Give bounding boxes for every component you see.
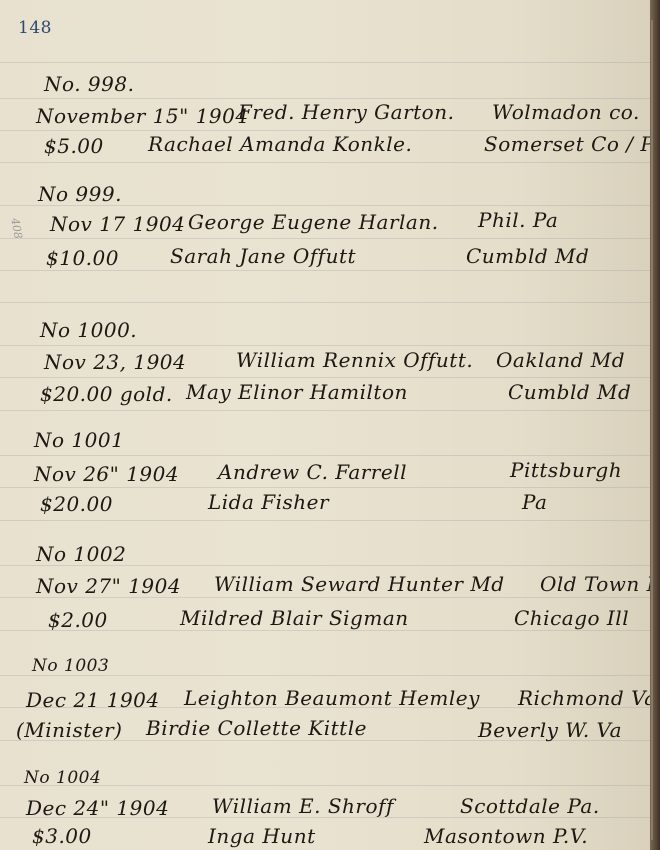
ruled-line <box>0 377 652 378</box>
groom-name: William Rennix Offutt. <box>236 348 473 372</box>
ruled-line <box>0 270 652 271</box>
bride-place: Cumbld Md <box>508 380 631 404</box>
ruled-line <box>0 162 652 163</box>
ruled-line <box>0 130 652 131</box>
groom-name: Fred. Henry Garton. <box>238 100 454 124</box>
groom-place: Pittsburgh <box>510 458 622 482</box>
groom-place: Richmond Va <box>518 686 657 710</box>
entry-number: No 999. <box>38 182 122 206</box>
ruled-line <box>0 455 652 456</box>
entry-date: Nov 27" 1904 <box>36 574 181 598</box>
margin-note: 408 <box>8 217 24 240</box>
officiant-note: (Minister) <box>16 718 122 742</box>
ruled-line <box>0 98 652 99</box>
entry-number: No 1001 <box>34 428 124 452</box>
fee-amount: $3.00 <box>32 824 92 848</box>
ruled-line <box>0 520 652 521</box>
groom-place: Wolmadon co. <box>492 100 640 124</box>
groom-name: William E. Shroff <box>212 794 394 818</box>
entry-number: No 1003 <box>32 656 109 676</box>
entry-date: Dec 24" 1904 <box>26 796 169 820</box>
ruled-line <box>0 238 652 239</box>
bride-place: Pa <box>522 490 547 514</box>
bride-name: Lida Fisher <box>208 490 329 514</box>
bride-name: Inga Hunt <box>208 824 316 848</box>
ruled-line <box>0 410 652 411</box>
bride-place: Cumbld Md <box>466 244 589 268</box>
entry-date: Nov 26" 1904 <box>34 462 179 486</box>
entry-number: No 1004 <box>24 768 101 788</box>
groom-name: George Eugene Harlan. <box>188 210 439 234</box>
entry-date: Nov 17 1904 <box>50 212 185 236</box>
entry-date: Dec 21 1904 <box>26 688 160 712</box>
ruled-line <box>0 345 652 346</box>
bride-name: Mildred Blair Sigman <box>180 606 409 630</box>
entry-date: Nov 23, 1904 <box>44 350 186 374</box>
entry-number: No 1000. <box>40 318 137 342</box>
groom-name: William Seward Hunter Md <box>214 572 505 596</box>
bride-name: Rachael Amanda Konkle. <box>148 132 412 156</box>
ruled-line <box>0 302 652 303</box>
entry-number: No 1002 <box>36 542 126 566</box>
page-number: 148 <box>18 18 52 38</box>
bride-place: Somerset Co / Pa <box>484 132 660 156</box>
ledger-page: 148 408 No. 998. November 15" 1904 Fred.… <box>0 0 652 850</box>
groom-name: Leighton Beaumont Hemley <box>184 686 480 710</box>
fee-amount: $20.00 <box>40 492 113 516</box>
bride-place: Masontown P.V. <box>424 824 588 848</box>
fee-amount: $2.00 <box>48 608 108 632</box>
groom-place: Scottdale Pa. <box>460 794 600 818</box>
fee-amount: $10.00 <box>46 246 119 270</box>
bride-place: Chicago Ill <box>514 606 629 630</box>
bride-name: May Elinor Hamilton <box>186 380 408 404</box>
groom-place: Phil. Pa <box>478 208 558 232</box>
fee-amount: $20.00 gold. <box>40 382 173 406</box>
groom-place: Oakland Md <box>496 348 625 372</box>
bride-place: Beverly W. Va <box>478 718 622 742</box>
page-edge-line <box>651 20 653 840</box>
entry-date: November 15" 1904 <box>36 104 249 128</box>
groom-place: Old Town Md <box>540 572 660 596</box>
fee-amount: $5.00 <box>44 134 104 158</box>
entry-number: No. 998. <box>44 72 134 96</box>
groom-name: Andrew C. Farrell <box>218 460 407 484</box>
bride-name: Sarah Jane Offutt <box>170 244 356 268</box>
bride-name: Birdie Collette Kittle <box>146 716 367 740</box>
ruled-line <box>0 62 652 63</box>
ruled-line <box>0 487 652 488</box>
